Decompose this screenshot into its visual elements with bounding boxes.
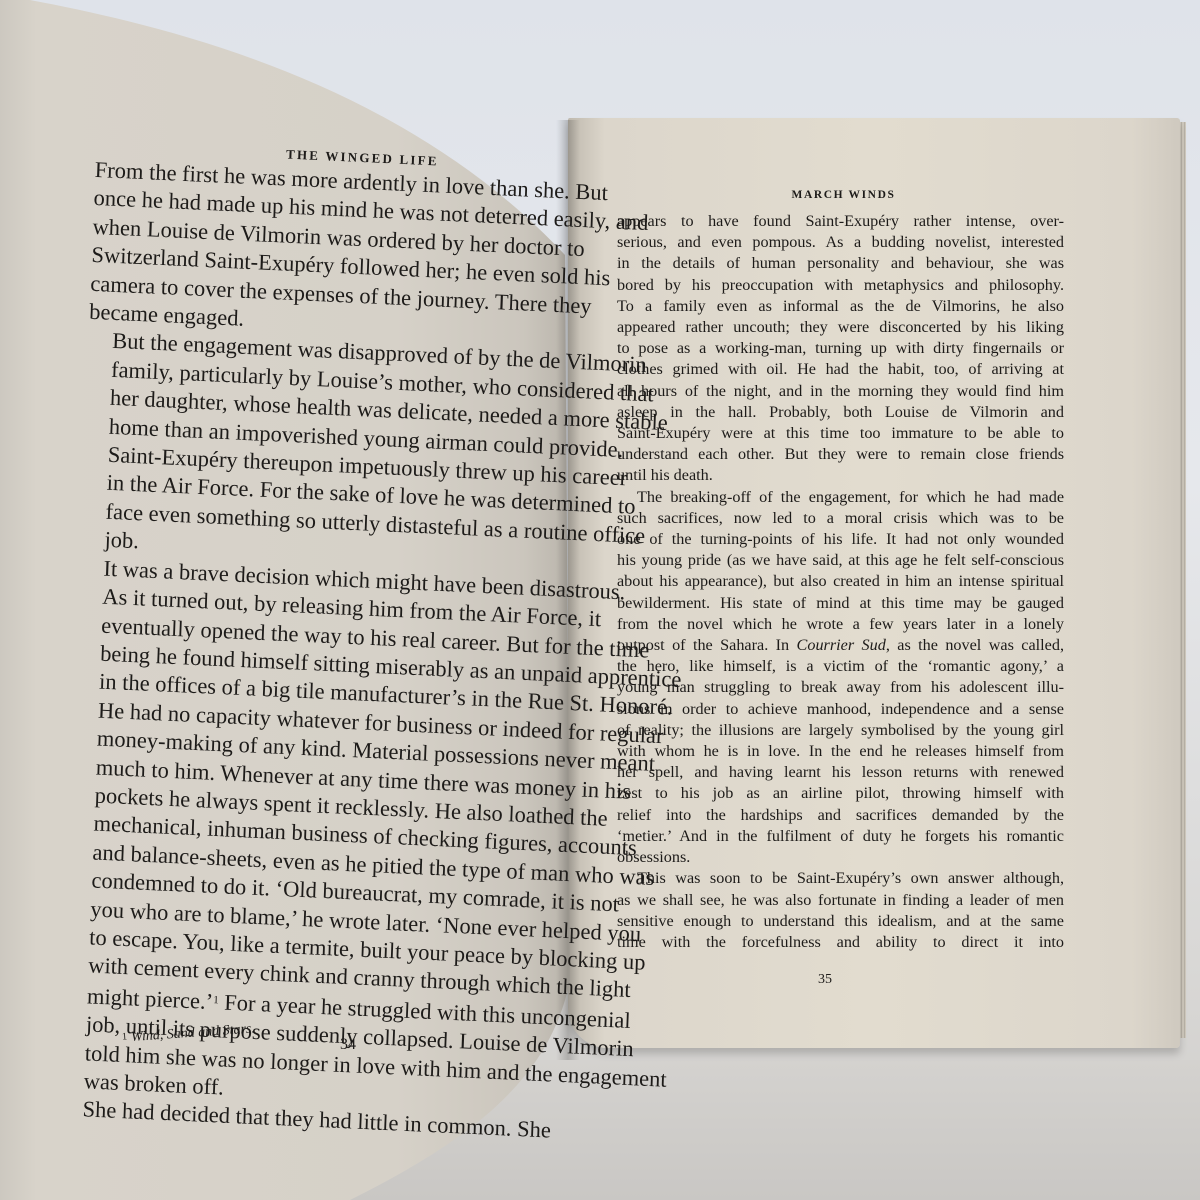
text-line: such sacrifices, now led to a moral cris…: [617, 508, 1064, 529]
text-line: appeared rather uncouth; they were disco…: [617, 317, 1064, 338]
page-number-left: 34: [340, 1036, 356, 1054]
text-line: appears to have found Saint-Exupéry rath…: [617, 211, 1064, 232]
paragraph: appears to have found Saint-Exupéry rath…: [617, 211, 1064, 487]
page-number-right: 35: [818, 972, 832, 988]
text-line: zest to his job as an airline pilot, thr…: [617, 783, 1064, 804]
text-line: Saint-Exupéry were at this time too imma…: [617, 423, 1064, 444]
text-line: until his death.: [617, 465, 1064, 486]
text-line: time with the forcefulness and ability t…: [617, 932, 1064, 953]
text-line: sensitive enough to understand this idea…: [617, 911, 1064, 932]
text-line: all hours of the night, and in the morni…: [617, 381, 1064, 402]
text-line: one of the turning-points of his life. I…: [617, 529, 1064, 550]
paragraph: From the first he was more ardently in l…: [89, 156, 587, 349]
text-line: outpost of the Sahara. In Courrier Sud, …: [617, 635, 1064, 656]
text-line: about his appearance), but also created …: [617, 571, 1064, 592]
text-line: clothes grimed with oil. He had the habi…: [617, 359, 1064, 380]
text-line: with whom he is in love. In the end he r…: [617, 741, 1064, 762]
paragraph: This was soon to be Saint-Exupéry’s own …: [617, 868, 1064, 953]
text-line: of reality; the illusions are largely sy…: [617, 720, 1064, 741]
text-line: bored by his preoccupation with metaphys…: [617, 275, 1064, 296]
text-line: her spell, and having learnt his lesson …: [617, 762, 1064, 783]
text-line: serious, and even pompous. As a budding …: [617, 232, 1064, 253]
footnote-marker: 1: [213, 994, 219, 1006]
text-line: asleep in the hall. Probably, both Louis…: [617, 402, 1064, 423]
book-title: Courrier Sud: [797, 636, 886, 654]
text-line: in the details of human personality and …: [617, 253, 1064, 274]
text-line: sions in order to achieve manhood, indep…: [617, 699, 1064, 720]
left-page-text: THE WINGED LIFE From the first he was mo…: [60, 138, 587, 1145]
text-line: The breaking-off of the engagement, for …: [617, 487, 1064, 508]
text-line: ‘metier.’ And in the fulfilment of duty …: [617, 826, 1064, 847]
text-line: young man struggling to break away from …: [617, 677, 1064, 698]
text-line: bewilderment. His state of mind at this …: [617, 593, 1064, 614]
footnote-number: 1: [122, 1031, 128, 1042]
text-fragment: outpost of the Sahara. In: [617, 636, 797, 654]
text-line: relief into the hardships and sacrifices…: [617, 805, 1064, 826]
running-head-right: MARCH WINDS: [623, 189, 1064, 201]
paragraph: The breaking-off of the engagement, for …: [617, 487, 1064, 869]
text-line: This was soon to be Saint-Exupéry’s own …: [617, 868, 1064, 889]
right-page-text: MARCH WINDS appears to have found Saint-…: [617, 189, 1064, 953]
text-line: his young pride (as we have said, at thi…: [617, 550, 1064, 571]
text-line: obsessions.: [617, 847, 1064, 868]
text-line: To a family even as informal as the de V…: [617, 296, 1064, 317]
text-line: to pose as a working-man, turning up wit…: [617, 338, 1064, 359]
text-line: from the novel which he wrote a few year…: [617, 614, 1064, 635]
text-fragment: might pierce.’: [87, 983, 214, 1014]
text-line: understand each other. But they were to …: [617, 444, 1064, 465]
text-line: as we shall see, he was also fortunate i…: [617, 890, 1064, 911]
text-fragment: , as the novel was called,: [886, 636, 1064, 654]
paragraph: But the engagement was disapproved of by…: [80, 326, 580, 575]
text-line: the hero, like himself, is a victim of t…: [617, 656, 1064, 677]
